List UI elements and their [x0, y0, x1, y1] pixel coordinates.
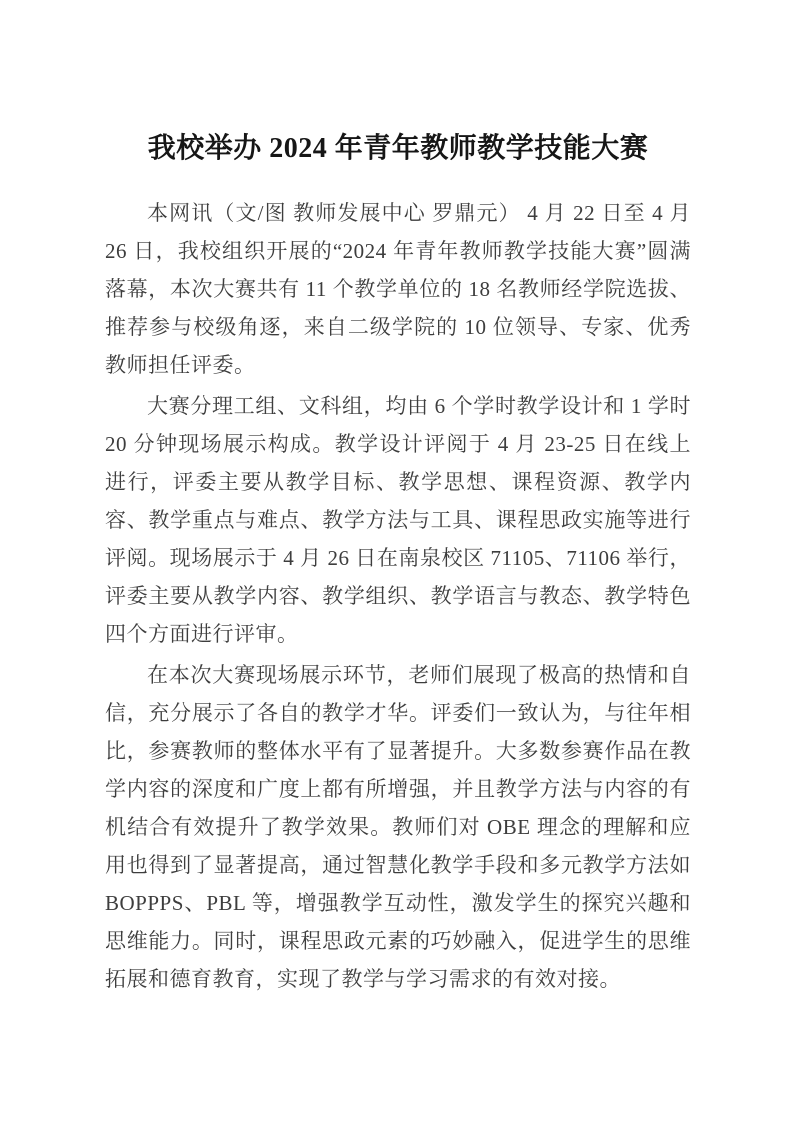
document-page: 我校举办 2024 年青年教师教学技能大赛 本网讯（文/图 教师发展中心 罗鼎元… [0, 0, 793, 1122]
document-title: 我校举办 2024 年青年教师教学技能大赛 [105, 128, 691, 170]
paragraph-intro: 本网讯（文/图 教师发展中心 罗鼎元） 4 月 22 日至 4 月 26 日，我… [105, 194, 691, 384]
paragraph-results-summary: 在本次大赛现场展示环节，老师们展现了极高的热情和自信，充分展示了各自的教学才华。… [105, 656, 691, 998]
paragraph-competition-format: 大赛分理工组、文科组，均由 6 个学时教学设计和 1 学时 20 分钟现场展示构… [105, 387, 691, 653]
document-content: 我校举办 2024 年青年教师教学技能大赛 本网讯（文/图 教师发展中心 罗鼎元… [105, 128, 691, 1001]
